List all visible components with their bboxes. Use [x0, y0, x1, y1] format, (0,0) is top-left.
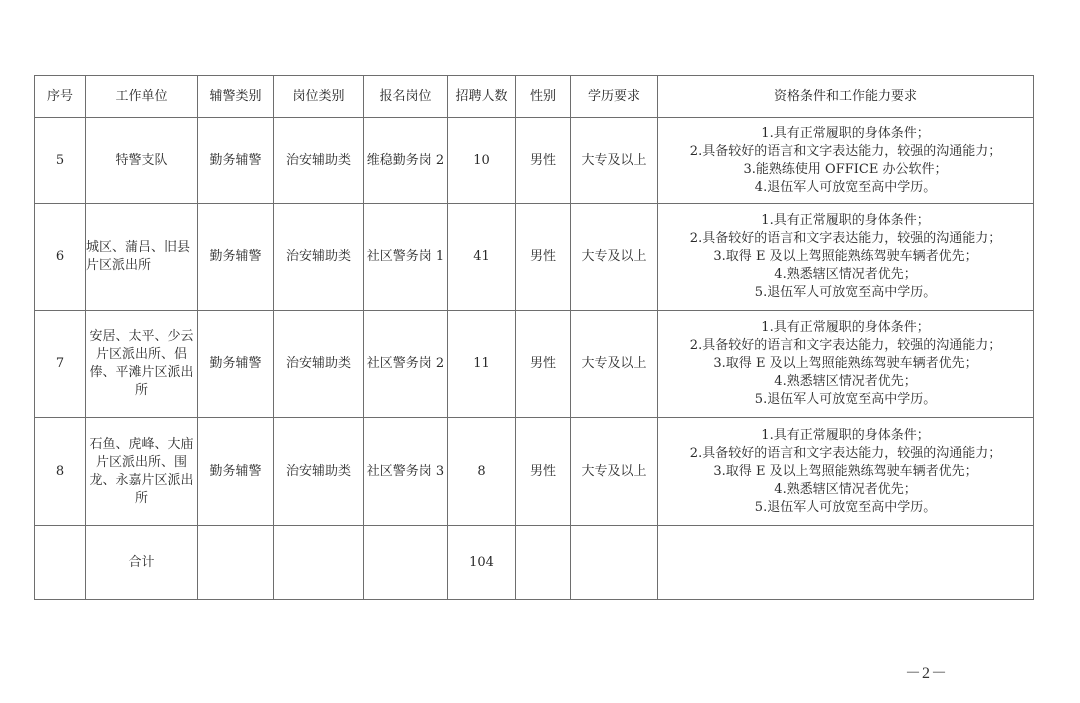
cell-unit: 安居、太平、少云片区派出所、侣俸、平滩片区派出所 [86, 311, 198, 418]
requirement-line: 3.取得 E 及以上驾照能熟练驾驶车辆者优先； [658, 355, 1033, 373]
cell-index: 7 [35, 311, 86, 418]
requirement-line: 1.具有正常履职的身体条件； [658, 125, 1033, 143]
header-count: 招聘人数 [448, 76, 516, 118]
cell-empty [274, 526, 364, 600]
cell-unit: 特警支队 [86, 118, 198, 204]
cell-count: 10 [448, 118, 516, 204]
requirement-line: 1.具有正常履职的身体条件； [658, 427, 1033, 445]
cell-unit: 石鱼、虎峰、大庙片区派出所、围龙、永嘉片区派出所 [86, 418, 198, 526]
cell-aux-type: 勤务辅警 [198, 311, 274, 418]
requirement-line: 1.具有正常履职的身体条件； [658, 212, 1033, 230]
cell-requirements: 1.具有正常履职的身体条件； 2.具备较好的语言和文字表达能力，较强的沟通能力；… [658, 418, 1034, 526]
header-gender: 性别 [516, 76, 571, 118]
header-index: 序号 [35, 76, 86, 118]
cell-post-category: 治安辅助类 [274, 418, 364, 526]
cell-gender: 男性 [516, 204, 571, 311]
cell-count: 8 [448, 418, 516, 526]
cell-requirements: 1.具有正常履职的身体条件； 2.具备较好的语言和文字表达能力，较强的沟通能力；… [658, 118, 1034, 204]
cell-aux-type: 勤务辅警 [198, 418, 274, 526]
cell-post: 社区警务岗 3 [364, 418, 448, 526]
cell-empty [516, 526, 571, 600]
table-row: 7 安居、太平、少云片区派出所、侣俸、平滩片区派出所 勤务辅警 治安辅助类 社区… [35, 311, 1034, 418]
requirement-line: 2.具备较好的语言和文字表达能力，较强的沟通能力； [658, 230, 1033, 248]
requirement-line: 1.具有正常履职的身体条件； [658, 319, 1033, 337]
cell-gender: 男性 [516, 418, 571, 526]
cell-post-category: 治安辅助类 [274, 118, 364, 204]
cell-post-category: 治安辅助类 [274, 311, 364, 418]
cell-total-label: 合计 [86, 526, 198, 600]
header-unit: 工作单位 [86, 76, 198, 118]
cell-post: 社区警务岗 1 [364, 204, 448, 311]
requirement-line: 4.熟悉辖区情况者优先； [658, 481, 1033, 499]
cell-requirements: 1.具有正常履职的身体条件； 2.具备较好的语言和文字表达能力，较强的沟通能力；… [658, 311, 1034, 418]
requirement-line: 5.退伍军人可放宽至高中学历。 [658, 499, 1033, 517]
cell-count: 41 [448, 204, 516, 311]
cell-aux-type: 勤务辅警 [198, 204, 274, 311]
requirement-line: 5.退伍军人可放宽至高中学历。 [658, 284, 1033, 302]
requirement-line: 4.退伍军人可放宽至高中学历。 [658, 179, 1033, 197]
header-post-category: 岗位类别 [274, 76, 364, 118]
table-row: 6 城区、蒲吕、旧县片区派出所 勤务辅警 治安辅助类 社区警务岗 1 41 男性… [35, 204, 1034, 311]
requirement-line: 3.能熟练使用 OFFICE 办公软件； [658, 161, 1033, 179]
requirement-line: 3.取得 E 及以上驾照能熟练驾驶车辆者优先； [658, 463, 1033, 481]
table-row: 8 石鱼、虎峰、大庙片区派出所、围龙、永嘉片区派出所 勤务辅警 治安辅助类 社区… [35, 418, 1034, 526]
requirement-line: 5.退伍军人可放宽至高中学历。 [658, 391, 1033, 409]
cell-empty [364, 526, 448, 600]
header-education: 学历要求 [571, 76, 658, 118]
page-number: －2－ [905, 660, 948, 683]
cell-aux-type: 勤务辅警 [198, 118, 274, 204]
cell-total-count: 104 [448, 526, 516, 600]
cell-empty [571, 526, 658, 600]
cell-index: 6 [35, 204, 86, 311]
requirement-line: 3.取得 E 及以上驾照能熟练驾驶车辆者优先； [658, 248, 1033, 266]
cell-index: 8 [35, 418, 86, 526]
cell-education: 大专及以上 [571, 204, 658, 311]
requirement-line: 2.具备较好的语言和文字表达能力，较强的沟通能力； [658, 143, 1033, 161]
header-post: 报名岗位 [364, 76, 448, 118]
header-aux-type: 辅警类别 [198, 76, 274, 118]
table-total-row: 合计 104 [35, 526, 1034, 600]
recruitment-table: 序号 工作单位 辅警类别 岗位类别 报名岗位 招聘人数 性别 学历要求 资格条件… [34, 75, 1034, 600]
cell-education: 大专及以上 [571, 418, 658, 526]
cell-index: 5 [35, 118, 86, 204]
requirement-line: 4.熟悉辖区情况者优先； [658, 373, 1033, 391]
table-header-row: 序号 工作单位 辅警类别 岗位类别 报名岗位 招聘人数 性别 学历要求 资格条件… [35, 76, 1034, 118]
cell-education: 大专及以上 [571, 118, 658, 204]
cell-education: 大专及以上 [571, 311, 658, 418]
cell-empty [198, 526, 274, 600]
document-page: 序号 工作单位 辅警类别 岗位类别 报名岗位 招聘人数 性别 学历要求 资格条件… [0, 0, 1080, 703]
header-requirements: 资格条件和工作能力要求 [658, 76, 1034, 118]
cell-empty [658, 526, 1034, 600]
cell-gender: 男性 [516, 118, 571, 204]
cell-post: 维稳勤务岗 2 [364, 118, 448, 204]
cell-total-index [35, 526, 86, 600]
requirement-line: 2.具备较好的语言和文字表达能力，较强的沟通能力； [658, 445, 1033, 463]
requirement-line: 2.具备较好的语言和文字表达能力，较强的沟通能力； [658, 337, 1033, 355]
cell-post-category: 治安辅助类 [274, 204, 364, 311]
requirement-line: 4.熟悉辖区情况者优先； [658, 266, 1033, 284]
table-row: 5 特警支队 勤务辅警 治安辅助类 维稳勤务岗 2 10 男性 大专及以上 1.… [35, 118, 1034, 204]
cell-unit: 城区、蒲吕、旧县片区派出所 [86, 204, 198, 311]
cell-count: 11 [448, 311, 516, 418]
cell-requirements: 1.具有正常履职的身体条件； 2.具备较好的语言和文字表达能力，较强的沟通能力；… [658, 204, 1034, 311]
cell-post: 社区警务岗 2 [364, 311, 448, 418]
cell-gender: 男性 [516, 311, 571, 418]
